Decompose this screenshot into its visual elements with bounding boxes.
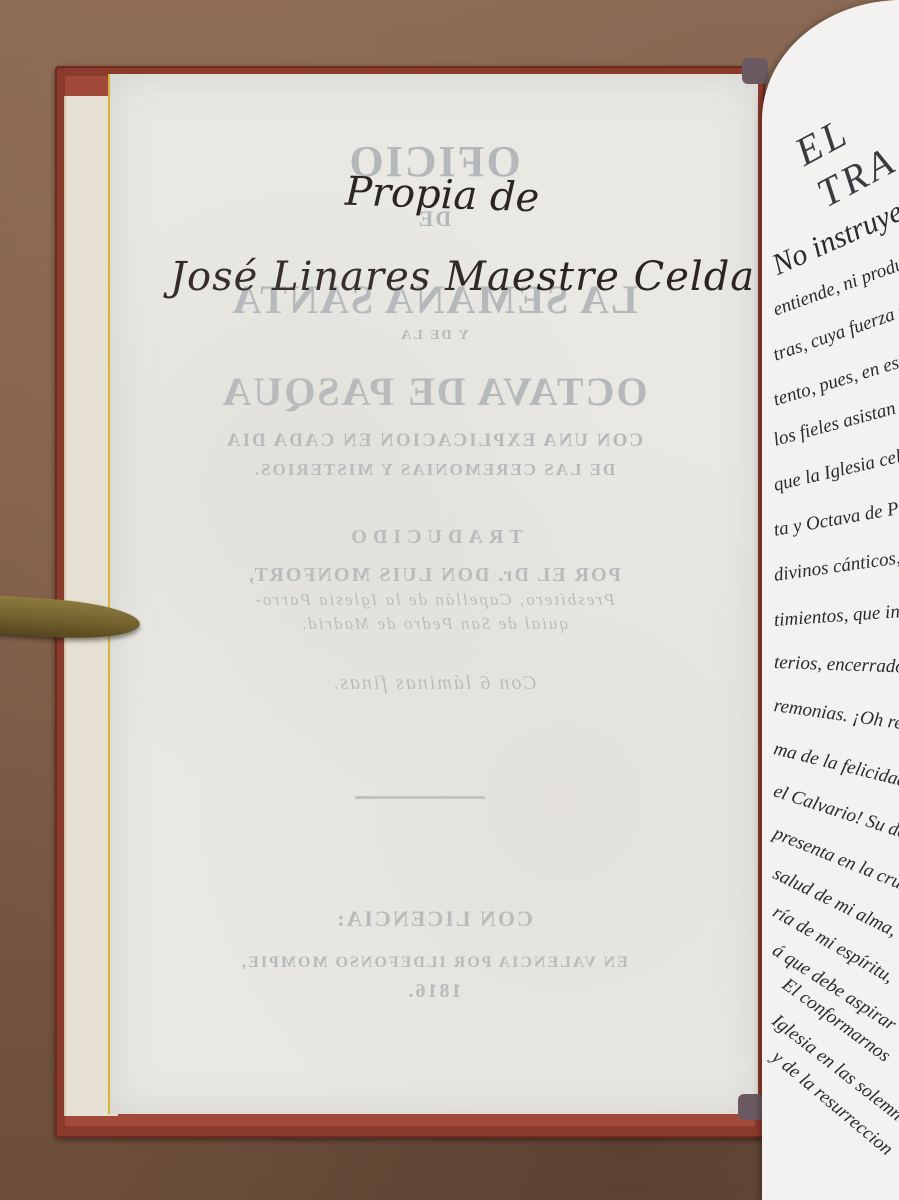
right-page-heading: EL TRA — [787, 77, 899, 216]
inscription-line-2: José Linares Maestre Celda — [170, 254, 755, 300]
text-page-right: EL TRA No instruye ni entiende, ni produ… — [762, 0, 899, 1200]
show-through-line: DE LAS CEREMONIAS Y MISTERIOS. — [110, 460, 758, 480]
binding-corner-wear — [742, 58, 768, 84]
show-through-line: OFICIO — [110, 136, 758, 187]
show-through-line: LA SEMANA SANTA — [110, 276, 758, 323]
show-through-line: OCTAVA DE PASQUA — [110, 368, 758, 415]
show-through-line: TRADUCIDO — [110, 526, 758, 549]
show-through-line: EN VALENCIA POR ILDEFONSO MOMPIE, — [110, 954, 758, 972]
show-through-line: CON LICENCIA: — [110, 906, 758, 932]
show-through-line: CON UNA EXPLICACION EN CADA DIA — [110, 430, 758, 452]
text-line: timientos, que inspir — [773, 599, 899, 632]
show-through-line: POR EL Dr. DON LUIS MONFORT, — [110, 564, 758, 587]
title-page: OFICIO DE LA SEMANA SANTA Y DE LA OCTAVA… — [108, 74, 758, 1114]
text-line: terios, encerrados — [774, 652, 899, 679]
show-through-line: Con 6 láminas finas. — [110, 672, 758, 695]
show-through-line: quial de San Pedro de Madrid. — [110, 614, 758, 634]
ornamental-rule — [355, 796, 485, 799]
show-through-line: Y DE LA — [110, 328, 758, 344]
text-line: divinos cánticos, y se — [772, 543, 899, 587]
binding-corner-wear — [738, 1094, 764, 1120]
show-through-line: 1816. — [110, 980, 758, 1003]
show-through-line: DE — [110, 206, 758, 232]
show-through-line: Presbítero, Capellán de la Iglesia Parro… — [110, 590, 758, 610]
text-line: ta y Octava de Pas — [772, 495, 899, 542]
text-line: remonias. ¡Oh relig — [772, 695, 899, 738]
inscription-line-1: Propia de — [344, 169, 540, 222]
